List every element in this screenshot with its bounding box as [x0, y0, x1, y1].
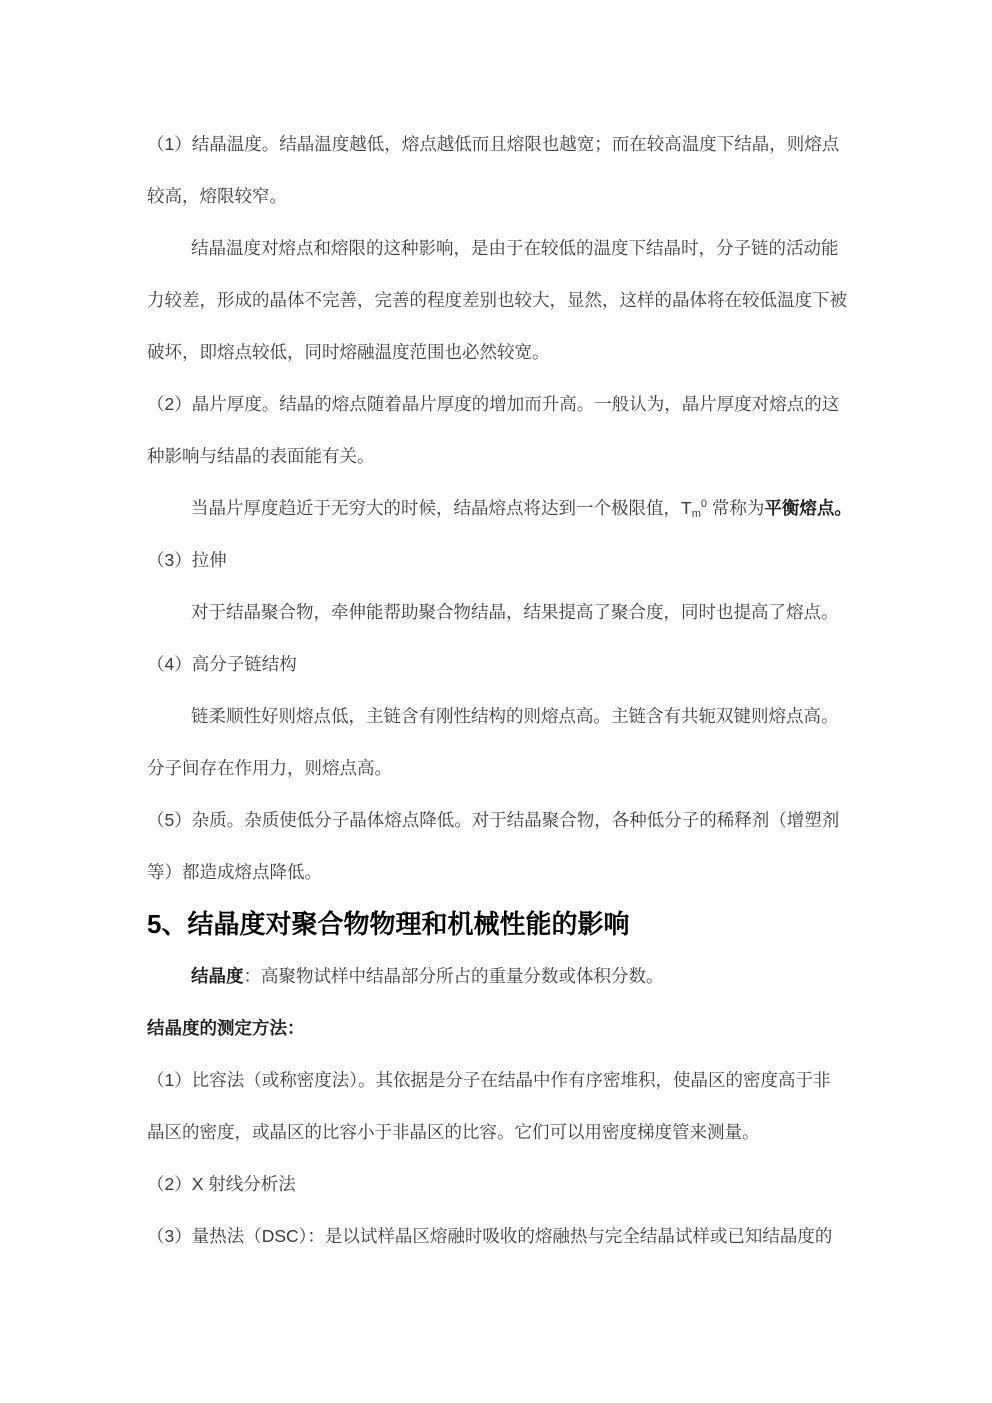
- text-run: （1）结晶温度。结晶温度越低，熔点越低而且熔限也越宽；而在较高温度下结晶，则熔点: [147, 134, 839, 154]
- bold-text-run: 平衡熔点。: [764, 498, 852, 518]
- text-line: 分子间存在作用力，则熔点高。: [147, 742, 847, 794]
- text-run: 结晶温度对熔点和熔限的这种影响，是由于在较低的温度下结晶时，分子链的活动能: [191, 238, 839, 258]
- text-run: 对于结晶聚合物，牵伸能帮助聚合物结晶，结果提高了聚合度，同时也提高了熔点。: [191, 602, 839, 622]
- text-line: 对于结晶聚合物，牵伸能帮助聚合物结晶，结果提高了聚合度，同时也提高了熔点。: [147, 586, 847, 638]
- text-run: ：高聚物试样中结晶部分所占的重量分数或体积分数。: [244, 966, 664, 986]
- text-line: （5）杂质。杂质使低分子晶体熔点降低。对于结晶聚合物，各种低分子的稀释剂（增塑剂: [147, 794, 847, 846]
- text-run: （5）杂质。杂质使低分子晶体熔点降低。对于结晶聚合物，各种低分子的稀释剂（增塑剂: [147, 810, 839, 830]
- text-run: 分子间存在作用力，则熔点高。: [147, 758, 392, 778]
- text-run: 力较差，形成的晶体不完善，完善的程度差别也较大，显然，这样的晶体将在较低温度下被: [147, 290, 847, 310]
- document-body: （1）结晶温度。结晶温度越低，熔点越低而且熔限也越宽；而在较高温度下结晶，则熔点…: [147, 118, 847, 1262]
- text-run: （1）比容法（或称密度法）。其依据是分子在结晶中作有序密堆积，使晶区的密度高于非: [147, 1070, 830, 1090]
- text-line: 结晶温度对熔点和熔限的这种影响，是由于在较低的温度下结晶时，分子链的活动能: [147, 222, 847, 274]
- text-run: （3）拉伸: [147, 550, 227, 570]
- text-line: 等）都造成熔点降低。: [147, 846, 847, 898]
- text-line: 链柔顺性好则熔点低，主链含有刚性结构的则熔点高。主链含有共轭双键则熔点高。: [147, 690, 847, 742]
- text-line: 力较差，形成的晶体不完善，完善的程度差别也较大，显然，这样的晶体将在较低温度下被: [147, 274, 847, 326]
- text-run: 较高，熔限较窄。: [147, 186, 287, 206]
- bold-text-run: 结晶度的测定方法：: [147, 1018, 305, 1038]
- text-run: （2）X 射线分析法: [147, 1174, 296, 1194]
- text-line: 结晶度的测定方法：: [147, 1002, 847, 1054]
- text-line: 破坏，即熔点较低，同时熔融温度范围也必然较宽。: [147, 326, 847, 378]
- text-run: 链柔顺性好则熔点低，主链含有刚性结构的则熔点高。主链含有共轭双键则熔点高。: [191, 706, 839, 726]
- text-line: （2）X 射线分析法: [147, 1158, 847, 1210]
- text-run: 晶区的密度，或晶区的比容小于非晶区的比容。它们可以用密度梯度管来测量。: [147, 1122, 760, 1142]
- text-run: 5、结晶度对聚合物物理和机械性能的影响: [147, 909, 629, 939]
- text-line: （2）晶片厚度。结晶的熔点随着晶片厚度的增加而升高。一般认为，晶片厚度对熔点的这: [147, 378, 847, 430]
- text-line: 较高，熔限较窄。: [147, 170, 847, 222]
- text-run: 破坏，即熔点较低，同时熔融温度范围也必然较宽。: [147, 342, 550, 362]
- text-run: 等）都造成熔点降低。: [147, 862, 322, 882]
- text-line: 当晶片厚度趋近于无穷大的时候，结晶熔点将达到一个极限值，Tm0 常称为平衡熔点。: [147, 482, 847, 534]
- text-line: 种影响与结晶的表面能有关。: [147, 430, 847, 482]
- text-run: 当晶片厚度趋近于无穷大的时候，结晶熔点将达到一个极限值，T: [191, 498, 692, 518]
- document-page: （1）结晶温度。结晶温度越低，熔点越低而且熔限也越宽；而在较高温度下结晶，则熔点…: [0, 0, 992, 1403]
- text-line: （1）比容法（或称密度法）。其依据是分子在结晶中作有序密堆积，使晶区的密度高于非: [147, 1054, 847, 1106]
- text-line: 晶区的密度，或晶区的比容小于非晶区的比容。它们可以用密度梯度管来测量。: [147, 1106, 847, 1158]
- text-line: （3）量热法（DSC）：是以试样晶区熔融时吸收的熔融热与完全结晶试样或已知结晶度…: [147, 1210, 847, 1262]
- subscript-run: m: [692, 508, 701, 520]
- section-heading: 5、结晶度对聚合物物理和机械性能的影响: [147, 898, 847, 950]
- text-run: 种影响与结晶的表面能有关。: [147, 446, 375, 466]
- text-line: 结晶度：高聚物试样中结晶部分所占的重量分数或体积分数。: [147, 950, 847, 1002]
- text-run: （4）高分子链结构: [147, 654, 297, 674]
- text-line: （4）高分子链结构: [147, 638, 847, 690]
- bold-text-run: 结晶度: [191, 966, 244, 986]
- text-run: （2）晶片厚度。结晶的熔点随着晶片厚度的增加而升高。一般认为，晶片厚度对熔点的这: [147, 394, 839, 414]
- text-line: （3）拉伸: [147, 534, 847, 586]
- text-run: （3）量热法（DSC）：是以试样晶区熔融时吸收的熔融热与完全结晶试样或已知结晶度…: [147, 1226, 832, 1246]
- text-line: （1）结晶温度。结晶温度越低，熔点越低而且熔限也越宽；而在较高温度下结晶，则熔点: [147, 118, 847, 170]
- text-run: 常称为: [707, 498, 764, 518]
